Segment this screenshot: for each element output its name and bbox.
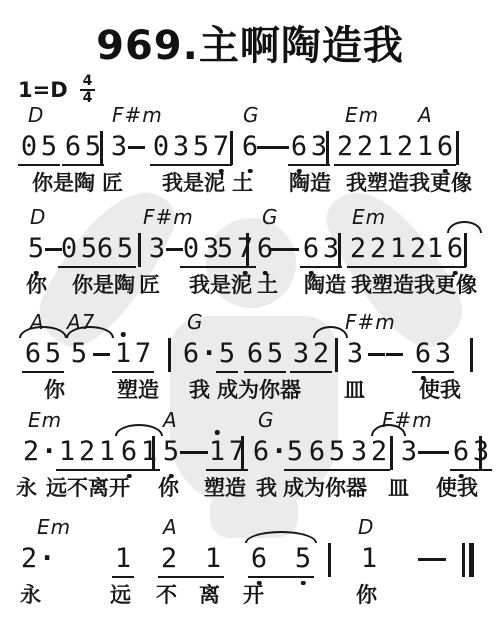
lyric-syllable: 匠 [102,167,123,197]
chord-label: F#m [143,205,194,229]
note-digit: 2 [368,234,388,264]
note-group: 3 [146,234,168,266]
note-token: 5 [68,339,90,375]
note-token: 32 [348,437,390,473]
chord-label: A [418,103,433,127]
chord-label: Em [37,515,71,539]
note-digit: 5 [161,437,181,467]
chord-label: D [358,515,374,539]
augmentation-dot: · [271,437,281,467]
note-digit: 1 [415,132,435,162]
lyric-row: 永远不离开你塑造我成为你器皿使我 [0,472,500,502]
note-token: 65 [22,339,64,375]
note-row: 2·121615176·56532363 [0,437,500,477]
note-group: 6· [180,339,212,371]
note-token: 63 [412,339,454,375]
system-4: EmAGF#m2·121615176·56532363永远不离开你塑造我成为你器… [0,408,500,508]
note-token: 21 [76,437,118,473]
note-digit: 1 [113,544,133,574]
lyric-syllable: 土 [232,167,253,197]
augmentation-dot: · [201,339,211,369]
lyric-syllable: 皿 [388,472,409,502]
chord-row: DF#mGEm [0,205,500,233]
barline [328,543,331,577]
note-token: 57 [190,132,232,168]
note-token: 65 [306,437,348,473]
lyric-syllable: 永 [20,579,41,609]
beamed-note-group: 65 [248,544,314,578]
note-digit: 0 [181,234,201,264]
note-digit: 5 [115,234,135,264]
note-digit: 2 [311,339,331,369]
beamed-note-group: 65 [62,132,104,166]
chord-label: Em [28,408,62,432]
barline [100,131,103,165]
barline [390,436,393,470]
note-digit: 0 [19,132,39,162]
chord-label: G [187,310,204,334]
note-digit: 6 [181,339,201,369]
barline [241,436,244,470]
beamed-note-group: 16 [414,132,456,166]
beamed-note-group: 17 [112,339,154,373]
note-digit: 0 [59,234,79,264]
beamed-note-group: 05 [18,132,60,166]
augmentation-dot: · [41,437,51,467]
lyric-syllable: 我是泥 [189,269,252,299]
note-digit: 6 [249,544,269,574]
lyric-syllable: 远不离开 [46,472,130,502]
note-digit: 1 [207,437,227,467]
note-digit: 3 [345,339,365,369]
note-digit: 2 [77,437,97,467]
beamed-note-group: 12 [387,234,429,268]
note-group: 5 [25,234,47,266]
note-digit: 6 [435,132,455,162]
beamed-note-group: 65 [306,437,348,471]
chord-row: DF#mGEmA [0,103,500,131]
beamed-note-group: 1 [112,544,134,578]
note-token: 5 [160,437,182,473]
note-group: 2· [18,544,50,576]
note-digit: 5 [69,339,89,369]
note-digit: 5 [217,339,237,369]
note-digit: 7 [227,437,247,467]
note-token: 03 [150,132,192,168]
beamed-note-group: 5 [284,437,306,471]
beamed-note-group: 32 [348,437,390,471]
note-digit: 6 [63,132,83,162]
note-digit: 3 [399,437,419,467]
note-digit: 6 [445,234,465,264]
note-digit: 5 [39,132,59,162]
note-digit: 5 [327,437,347,467]
dash-note [368,353,385,356]
note-token: 3 [146,234,168,270]
note-token: 65 [248,544,314,580]
note-token: 3 [398,437,420,473]
note-token: 12 [387,234,429,270]
lyric-row: 你你是陶匠我是泥土陶造我塑造我更像 [0,269,500,299]
octave-dot-above [215,430,220,435]
lyric-row: 永远不离开你 [0,579,500,609]
note-digit: 5 [215,234,235,264]
note-group: 2· [20,437,52,469]
note-token: 05 [18,132,60,168]
note-digit: 7 [133,339,153,369]
note-token: 63 [288,132,330,168]
final-bar-thin [462,543,465,577]
chord-label: G [243,103,260,127]
barline [464,233,467,267]
note-digit: 2 [159,544,179,574]
note-token: 65 [62,132,104,168]
lyric-syllable: 陶造 [289,167,331,197]
augmentation-dot: · [39,544,49,574]
lyric-syllable: 远 [110,579,131,609]
note-digit: 1 [425,234,445,264]
note-digit: 3 [349,437,369,467]
barline [326,131,329,165]
note-token: 1 [358,544,380,580]
note-token: 16 [414,132,456,168]
lyric-syllable: 你 [26,269,47,299]
key-signature: 1=D 4 4 [18,74,95,107]
lyric-syllable: 你 [158,472,179,502]
note-token: 5 [25,234,47,270]
beamed-note-group: 5 [216,339,238,373]
note-digit: 5 [285,437,305,467]
note-token: 63 [300,234,342,270]
lyric-syllable: 使我 [436,472,478,502]
note-digit: 6 [119,437,139,467]
note-token: 5 [284,437,306,473]
note-token: 63 [450,437,492,473]
note-digit: 3 [433,339,453,369]
note-digit: 5 [293,544,313,574]
lyric-syllable: 皿 [344,374,365,404]
note-digit: 7 [211,132,231,162]
lyric-syllable: 使我 [419,374,461,404]
note-group: 1 [358,544,380,576]
lyric-row: 你塑造我成为你器皿使我 [0,374,500,404]
lyric-syllable: 成为你器 [283,472,367,502]
note-digit: 1 [113,339,133,369]
barline [470,338,473,372]
beamed-note-group: 03 [150,132,192,166]
barline [230,131,233,165]
lyric-syllable: 离 [199,579,220,609]
note-digit: 5 [26,234,46,264]
note-digit: 6 [95,234,115,264]
lyric-syllable: 陶造 [304,269,346,299]
note-digit: 3 [171,132,191,162]
barline [335,338,338,372]
lyric-syllable: 成为你器 [217,374,301,404]
beamed-note-group: 21 [158,544,224,578]
note-digit: 2 [19,544,39,574]
lyric-syllable: 你 [356,579,377,609]
beamed-note-group: 1 [56,437,78,471]
note-token: 65 [94,234,136,270]
note-digit: 6 [451,437,471,467]
dash-note [271,248,299,251]
note-token: 17 [112,339,154,375]
note-digit: 1 [97,437,117,467]
note-digit: 1 [139,437,159,467]
note-token: 6 [254,234,276,270]
system-2: DF#mGEm5056530357663221216你你是陶匠我是泥土陶造我塑造… [0,205,500,305]
lyric-syllable: 塑造 [204,472,246,502]
note-group: 3 [398,437,420,469]
note-digit: 3 [109,132,129,162]
note-group: 5 [160,437,182,469]
note-token: 32 [290,339,332,375]
note-digit: 1 [57,437,77,467]
beamed-note-group: 65 [22,339,64,373]
chord-label: Em [352,205,386,229]
note-digit: 3 [147,234,167,264]
time-signature: 4 4 [80,74,96,107]
note-token: 65 [244,339,286,375]
note-token: 12 [374,132,416,168]
note-token: 5 [216,339,238,375]
time-signature-top: 4 [80,74,96,91]
note-token: 6· [250,437,282,473]
note-digit: 6 [301,234,321,264]
note-digit: 0 [151,132,171,162]
note-digit: 6 [23,339,43,369]
note-digit: 1 [388,234,408,264]
lyric-syllable: 塑造 [117,374,159,404]
dash-note [386,353,403,356]
lyric-syllable: 匠 [139,269,160,299]
beamed-note-group: 21 [76,437,118,471]
note-digit: 1 [203,544,223,574]
lyric-syllable: 土 [257,269,278,299]
lyric-syllable: 永 [16,472,37,502]
note-token: 3 [344,339,366,375]
note-digit: 7 [235,234,255,264]
barline [456,131,459,165]
note-group: 6· [250,437,282,469]
beamed-note-group: 16 [424,234,466,268]
beamed-note-group: 57 [190,132,232,166]
note-digit: 2 [348,234,368,264]
lyric-syllable: 我 [256,472,277,502]
chord-label: A [163,515,178,539]
chord-label: G [262,205,279,229]
dash-note [93,353,110,356]
note-group: 3 [344,339,366,371]
dash-note [418,558,446,561]
beamed-note-group: 63 [450,437,492,471]
dash-note [272,146,289,149]
lyric-syllable: 你是陶 [32,167,95,197]
note-token: 22 [347,234,389,270]
note-digit: 5 [43,339,63,369]
chord-label: A [163,408,178,432]
system-1: DF#mGEmA056530357663221216你是陶匠我是泥土陶造我塑造我… [0,103,500,203]
dash-note [128,146,145,149]
beamed-note-group: 22 [347,234,389,268]
note-token: 57 [214,234,256,270]
lyric-syllable: 我是泥 [162,167,225,197]
final-bar-thick [469,543,474,577]
dash-note [432,451,449,454]
time-signature-bottom: 4 [83,91,93,106]
note-digit: 2 [395,132,415,162]
note-token: 1 [112,544,134,580]
chord-label: D [30,205,46,229]
chord-label: F#m [112,103,163,127]
note-token: 2· [18,544,50,580]
note-digit: 6 [289,132,309,162]
note-token: 16 [424,234,466,270]
lyric-syllable: 开 [243,579,264,609]
barline [138,233,141,267]
chord-row: EmAGF#m [0,408,500,436]
barline [479,436,482,470]
note-row: 5056530357663221216 [0,234,500,274]
note-row: 655176·56532363 [0,339,500,379]
key-label: 1=D [18,78,68,102]
lyric-syllable: 我塑造我更像 [346,167,472,197]
beamed-note-group: 63 [288,132,330,166]
beamed-note-group: 63 [300,234,342,268]
note-group: 3 [108,132,130,164]
sheet-page: { "colors":{"ink":"#171717","watermark":… [0,0,500,635]
lyric-syllable: 不 [156,579,177,609]
beamed-note-group: 65 [94,234,136,268]
beamed-note-group: 63 [412,339,454,373]
note-token: 3 [108,132,130,168]
note-digit: 1 [359,544,379,574]
note-token: 6 [239,132,261,168]
chord-label: G [258,408,275,432]
note-token: 21 [158,544,224,580]
note-row: 2·121651 [0,544,500,584]
beamed-note-group: 12 [374,132,416,166]
beamed-note-group: 57 [214,234,256,268]
note-digit: 2 [335,132,355,162]
lyric-syllable: 我塑造我更像 [351,269,477,299]
song-title: 969.主啊陶造我 [0,14,500,71]
barline [168,338,171,372]
note-digit: 6 [245,339,265,369]
note-row: 056530357663221216 [0,132,500,172]
dash-note [180,451,208,454]
note-token: 6· [180,339,212,375]
note-digit: 5 [265,339,285,369]
beamed-note-group: 22 [334,132,376,166]
octave-dot-above [121,332,126,337]
note-digit: 3 [291,339,311,369]
beamed-note-group: 65 [244,339,286,373]
barline [338,233,341,267]
chord-label: Em [345,103,379,127]
final-barline [462,543,476,577]
note-digit: 6 [413,339,433,369]
note-digit: 5 [191,132,211,162]
lyric-syllable: 我 [189,374,210,404]
beamed-note-group: 32 [290,339,332,373]
note-digit: 6 [251,437,271,467]
note-digit: 2 [21,437,41,467]
note-digit: 2 [355,132,375,162]
note-digit: 1 [375,132,395,162]
barline [152,436,155,470]
chord-label: F#m [345,310,396,334]
barline [246,233,249,267]
note-token: 1 [56,437,78,473]
system-3: AA7GF#m655176·56532363你塑造我成为你器皿使我 [0,310,500,410]
note-digit: 6 [307,437,327,467]
note-token: 22 [334,132,376,168]
note-group: 5 [68,339,90,371]
lyric-syllable: 你是陶 [72,269,135,299]
lyric-row: 你是陶匠我是泥土陶造我塑造我更像 [0,167,500,197]
system-5: EmAD2·121651永远不离开你 [0,515,500,615]
lyric-syllable: 你 [44,374,65,404]
note-token: 2· [20,437,52,473]
note-digit: 2 [369,437,389,467]
